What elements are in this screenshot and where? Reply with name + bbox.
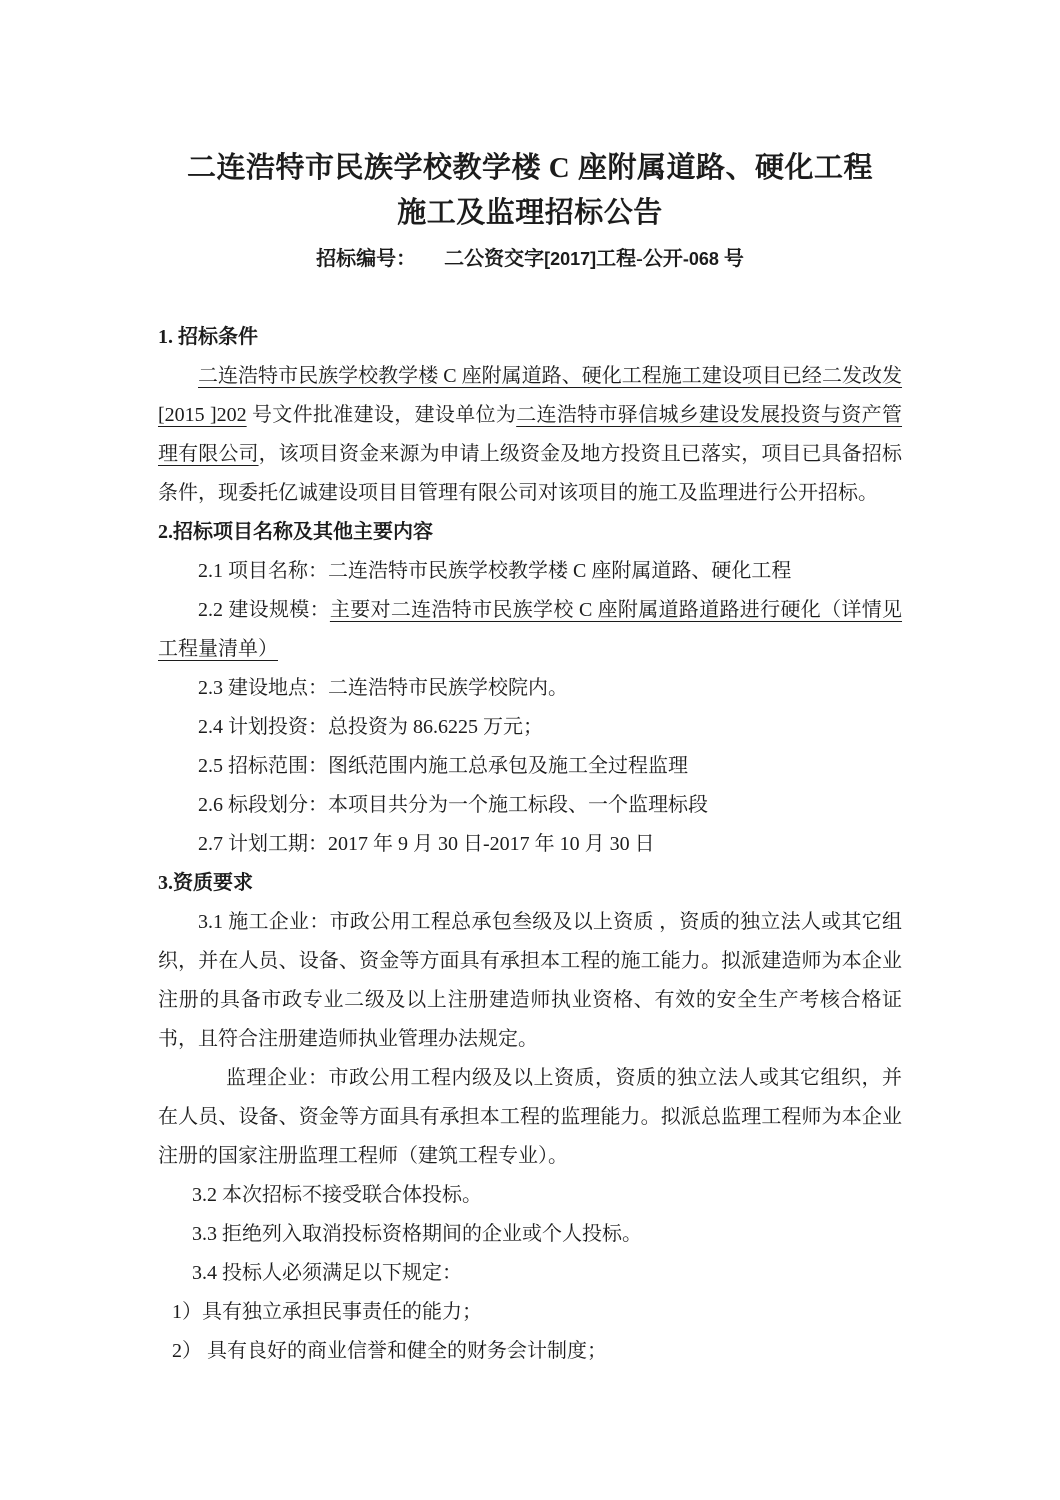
section-3-heading: 3.资质要求 (158, 864, 902, 903)
item-3-1-paragraph: 3.1 施工企业：市政公用工程总承包叁级及以上资质 ，资质的独立法人或其它组织，… (158, 903, 902, 1059)
item-2-1: 2.1 项目名称：二连浩特市民族学校教学楼 C 座附属道路、硬化工程 (158, 552, 902, 591)
title-line-1: 二连浩特市民族学校教学楼 C 座附属道路、硬化工程 (158, 146, 902, 191)
item-3-4: 3.4 投标人必须满足以下规定： (158, 1254, 902, 1293)
item-2-2-label: 2.2 建设规模： (198, 599, 330, 621)
tender-number: 招标编号：二公资交字[2017]工程-公开-068 号 (158, 244, 902, 274)
item-2-7-value: 2017 年 9 月 30 日-2017 年 10 月 30 日 (328, 833, 655, 855)
item-2-5: 2.5 招标范围：图纸范围内施工总承包及施工全过程监理 (158, 747, 902, 786)
supervision-enterprise-paragraph: 监理企业：市政公用工程内级及以上资质，资质的独立法人或其它组织，并在人员、设备、… (158, 1059, 902, 1176)
requirement-list-item-1: 1）具有独立承担民事责任的能力； (158, 1293, 902, 1332)
tender-number-prefix: 二公资交字 (444, 248, 544, 270)
tender-number-middle: 工程-公开 (596, 248, 683, 270)
document-body: 1. 招标条件 二连浩特市民族学校教学楼 C 座附属道路、硬化工程施工建设项目已… (158, 318, 902, 1371)
item-2-3: 2.3 建设地点：二连浩特市民族学校院内。 (158, 669, 902, 708)
tender-number-serial: -068 (683, 249, 719, 269)
tender-number-label: 招标编号： (316, 248, 416, 270)
item-2-7-label: 2.7 计划工期： (198, 833, 328, 855)
tender-number-suffix: 号 (719, 248, 744, 270)
item-2-3-label: 2.3 建设地点： (198, 677, 328, 699)
item-2-5-label: 2.5 招标范围： (198, 755, 328, 777)
item-2-5-value: 图纸范围内施工总承包及施工全过程监理 (328, 755, 688, 777)
item-2-3-value: 二连浩特市民族学校院内。 (328, 677, 568, 699)
section-1-paragraph: 二连浩特市民族学校教学楼 C 座附属道路、硬化工程施工建设项目已经二发改发[20… (158, 357, 902, 513)
item-3-2: 3.2 本次招标不接受联合体投标。 (158, 1176, 902, 1215)
section-1-heading: 1. 招标条件 (158, 318, 902, 357)
item-2-6-label: 2.6 标段划分： (198, 794, 328, 816)
document-content: 二连浩特市民族学校教学楼 C 座附属道路、硬化工程 施工及监理招标公告 招标编号… (158, 146, 902, 1371)
item-2-4: 2.4 计划投资：总投资为 86.6225 万元； (158, 708, 902, 747)
tender-number-year: [2017] (544, 249, 596, 269)
item-2-2: 2.2 建设规模：主要对二连浩特市民族学校 C 座附属道路道路进行硬化（详情见工… (158, 591, 902, 669)
project-name-underlined: 二连浩特市民族学校教学楼 C 座附属道路、硬化工程施工建设项目已经 (198, 365, 822, 387)
item-2-4-value: 总投资为 86.6225 万元； (328, 716, 543, 738)
item-2-6: 2.6 标段划分：本项目共分为一个施工标段、一个监理标段 (158, 786, 902, 825)
title-line-2: 施工及监理招标公告 (158, 191, 902, 236)
item-3-3: 3.3 拒绝列入取消投标资格期间的企业或个人投标。 (158, 1215, 902, 1254)
item-2-1-label: 2.1 项目名称： (198, 560, 328, 582)
section-1-text-1: 号文件批准建设，建设单位为 (247, 404, 517, 426)
item-2-6-value: 本项目共分为一个施工标段、一个监理标段 (328, 794, 708, 816)
requirement-list-item-2: 2） 具有良好的商业信誉和健全的财务会计制度； (158, 1332, 902, 1371)
item-2-7: 2.7 计划工期：2017 年 9 月 30 日-2017 年 10 月 30 … (158, 825, 902, 864)
tender-number-value: 二公资交字[2017]工程-公开-068 号 (444, 248, 744, 270)
item-2-4-label: 2.4 计划投资： (198, 716, 328, 738)
section-2-heading: 2.招标项目名称及其他主要内容 (158, 513, 902, 552)
section-1-text-2: ，该项目资金来源为申请上级资金及地方投资且已落实，项目已具备招标条件，现委托亿诚… (158, 443, 902, 504)
item-2-1-value: 二连浩特市民族学校教学楼 C 座附属道路、硬化工程 (328, 560, 791, 582)
document-page: 二连浩特市民族学校教学楼 C 座附属道路、硬化工程 施工及监理招标公告 招标编号… (0, 0, 1060, 1500)
document-title: 二连浩特市民族学校教学楼 C 座附属道路、硬化工程 施工及监理招标公告 (158, 146, 902, 236)
